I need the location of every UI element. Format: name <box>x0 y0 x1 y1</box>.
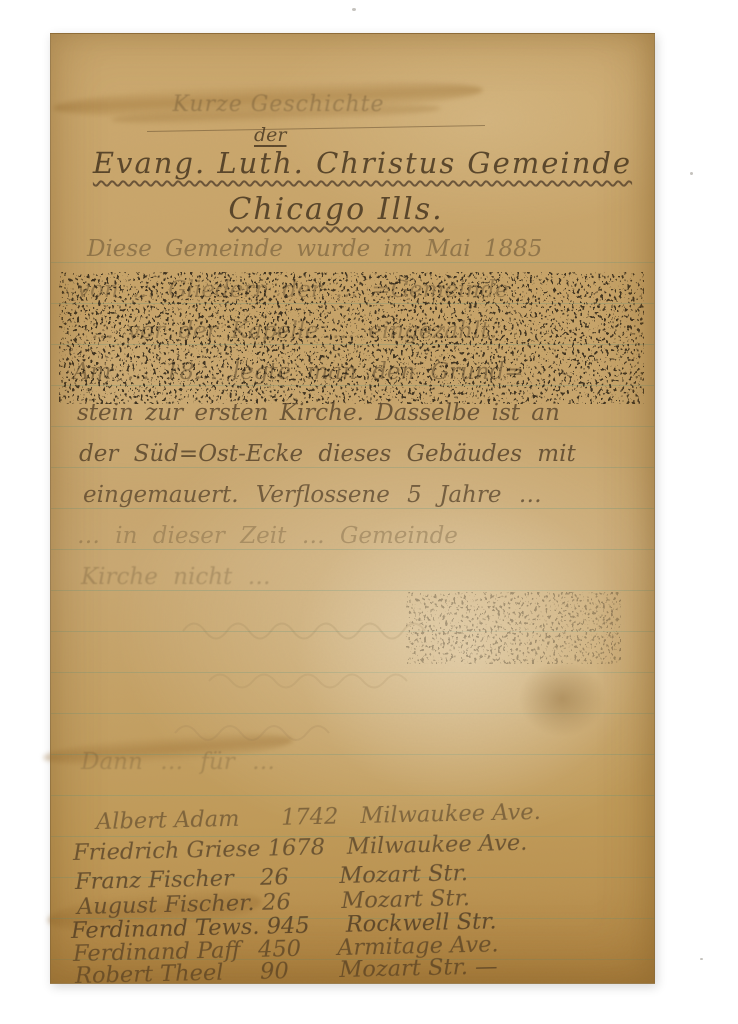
manuscript-line: Kirche nicht … <box>81 564 271 590</box>
manuscript-line: der Süd=Ost-Ecke dieses Gebäudes mit <box>79 441 576 467</box>
manuscript-line: … in dieser Zeit … Gemeinde <box>77 523 458 549</box>
ink-mold-speckles-small <box>406 592 621 664</box>
member-street: Mozart Str. — <box>339 953 498 983</box>
member-house-number: 1742 <box>281 803 354 831</box>
manuscript-line: stein zur ersten Kirche. Dasselbe ist an <box>77 400 560 426</box>
member-street: Milwaukee Ave. <box>360 799 541 829</box>
member-name: Albert Adam <box>96 805 275 835</box>
manuscript-line: eingemauert. Verflossene 5 Jahre … <box>83 482 542 508</box>
member-street: Milwaukee Ave. <box>347 830 528 860</box>
member-name: Robert Theel <box>75 959 254 989</box>
member-name: Friedrich Griese <box>73 836 261 866</box>
member-house-number: 90 <box>260 957 333 985</box>
document-page: Kurze Geschichte der Evang. Luth. Christ… <box>50 33 655 984</box>
dust-speck <box>700 958 703 960</box>
member-house-number: 1678 <box>267 834 340 862</box>
scan-background: Kurze Geschichte der Evang. Luth. Christ… <box>0 0 738 1024</box>
dust-speck <box>352 8 356 11</box>
member-house-number: 26 <box>260 863 333 891</box>
ink-mold-speckles <box>59 272 644 404</box>
manuscript-line: Diese Gemeinde wurde im Mai 1885 <box>87 236 542 262</box>
dust-speck <box>690 172 693 175</box>
manuscript-line: Dann … für … <box>81 749 275 775</box>
